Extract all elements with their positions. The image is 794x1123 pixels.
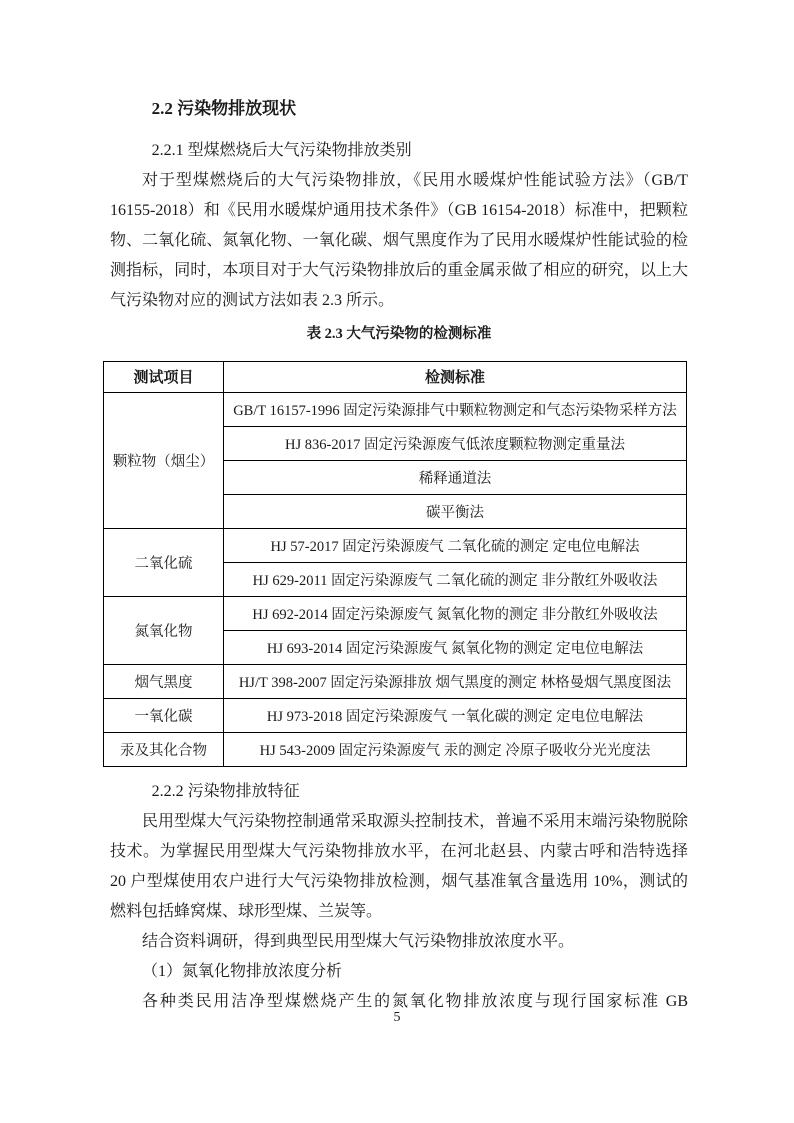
table-row: 二氧化硫 HJ 57-2017 固定污染源废气 二氧化硫的测定 定电位电解法: [104, 528, 687, 562]
subsection-heading-222: 2.2.2 污染物排放特征: [110, 777, 688, 807]
page-content: 2.2 污染物排放现状 2.2.1 型煤燃烧后大气污染物排放类别 对于型煤燃烧后…: [110, 96, 688, 1017]
standard-cell: HJ 57-2017 固定污染源废气 二氧化硫的测定 定电位电解法: [224, 528, 687, 562]
detection-standards-table: 测试项目 检测标准 颗粒物（烟尘） GB/T 16157-1996 固定污染源排…: [103, 361, 687, 767]
subsection-heading-221: 2.2.1 型煤燃烧后大气污染物排放类别: [110, 136, 688, 166]
standard-cell: 碳平衡法: [224, 494, 687, 528]
page-number: 5: [0, 1008, 794, 1028]
item-particulate: 颗粒物（烟尘）: [104, 392, 224, 528]
item-so2: 二氧化硫: [104, 528, 224, 596]
standard-cell: HJ 692-2014 固定污染源废气 氮氧化物的测定 非分散红外吸收法: [224, 596, 687, 630]
item-mercury: 汞及其化合物: [104, 732, 224, 766]
standard-cell: HJ/T 398-2007 固定污染源排放 烟气黑度的测定 林格曼烟气黑度图法: [224, 664, 687, 698]
item-smoke-blackness: 烟气黑度: [104, 664, 224, 698]
table-row: 氮氧化物 HJ 692-2014 固定污染源废气 氮氧化物的测定 非分散红外吸收…: [104, 596, 687, 630]
standard-cell: HJ 629-2011 固定污染源废气 二氧化硫的测定 非分散红外吸收法: [224, 562, 687, 596]
standard-cell: HJ 973-2018 固定污染源废气 一氧化碳的测定 定电位电解法: [224, 698, 687, 732]
table-row: 颗粒物（烟尘） GB/T 16157-1996 固定污染源排气中颗粒物测定和气态…: [104, 392, 687, 426]
standard-cell: 稀释通道法: [224, 460, 687, 494]
table-header-row: 测试项目 检测标准: [104, 361, 687, 392]
document-page: 2.2 污染物排放现状 2.2.1 型煤燃烧后大气污染物排放类别 对于型煤燃烧后…: [0, 0, 794, 1123]
paragraph-emission-characteristics: 民用型煤大气污染物控制通常采取源头控制技术，普遍不采用末端污染物脱除技术。为掌握…: [110, 807, 688, 927]
table-row: 烟气黑度 HJ/T 398-2007 固定污染源排放 烟气黑度的测定 林格曼烟气…: [104, 664, 687, 698]
item-co: 一氧化碳: [104, 698, 224, 732]
table-row: 一氧化碳 HJ 973-2018 固定污染源废气 一氧化碳的测定 定电位电解法: [104, 698, 687, 732]
standard-cell: HJ 543-2009 固定污染源废气 汞的测定 冷原子吸收分光光度法: [224, 732, 687, 766]
paragraph-intro: 对于型煤燃烧后的大气污染物排放，《民用水暖煤炉性能试验方法》（GB/T 1615…: [110, 166, 688, 316]
standard-cell: GB/T 16157-1996 固定污染源排气中颗粒物测定和气态污染物采样方法: [224, 392, 687, 426]
column-header-test-item: 测试项目: [104, 361, 224, 392]
standard-cell: HJ 836-2017 固定污染源废气低浓度颗粒物测定重量法: [224, 426, 687, 460]
column-header-standard: 检测标准: [224, 361, 687, 392]
standard-cell: HJ 693-2014 固定污染源废气 氮氧化物的测定 定电位电解法: [224, 630, 687, 664]
item-nox: 氮氧化物: [104, 596, 224, 664]
section-heading: 2.2 污染物排放现状: [110, 96, 688, 122]
paragraph-nox-analysis-heading: （1）氮氧化物排放浓度分析: [110, 957, 688, 987]
table-row: 汞及其化合物 HJ 543-2009 固定污染源废气 汞的测定 冷原子吸收分光光…: [104, 732, 687, 766]
table-caption: 表 2.3 大气污染物的检测标准: [110, 322, 688, 346]
paragraph-survey: 结合资料调研，得到典型民用型煤大气污染物排放浓度水平。: [110, 927, 688, 957]
